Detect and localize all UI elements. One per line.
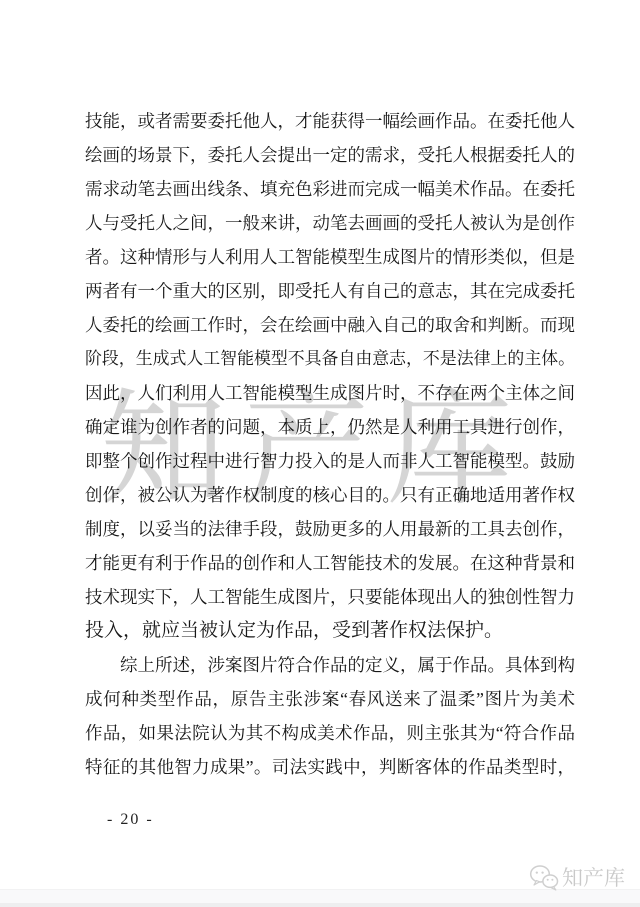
- text-line: 确定谁为创作者的问题，本质上，仍然是人利用工具进行创作，: [85, 410, 575, 444]
- text-line: 技术现实下，人工智能生成图片，只要能体现出人的独创性智力: [85, 580, 575, 614]
- wechat-icon: [529, 864, 559, 891]
- text-line: 因此，人们利用人工智能模型生成图片时，不存在两个主体之间: [85, 376, 575, 410]
- text-line: 即整个创作过程中进行智力投入的是人而非人工智能模型。鼓励: [85, 444, 575, 478]
- text-line: 技能，或者需要委托他人，才能获得一幅绘画作品。在委托他人: [85, 104, 575, 138]
- footer-brand: 知产库: [529, 862, 625, 892]
- text-line: 特征的其他智力成果”。司法实践中，判断客体的作品类型时，: [85, 750, 575, 784]
- text-line: 综上所述，涉案图片符合作品的定义，属于作品。具体到构: [85, 648, 575, 682]
- text-line: 两者有一个重大的区别，即受托人有自己的意志，其在完成委托: [85, 274, 575, 308]
- text-line: 者。这种情形与人利用人工智能模型生成图片的情形类似，但是: [85, 240, 575, 274]
- document-page: 知产库 技能，或者需要委托他人，才能获得一幅绘画作品。在委托他人绘画的场景下，委…: [0, 0, 640, 907]
- footer-brand-label: 知产库: [562, 862, 625, 892]
- text-line: 绘画的场景下，委托人会提出一定的需求，受托人根据委托人的: [85, 138, 575, 172]
- text-line: 成何种类型作品，原告主张涉案“春风送来了温柔”图片为美术: [85, 682, 575, 716]
- text-line: 制度，以妥当的法律手段，鼓励更多的人用最新的工具去创作，: [85, 512, 575, 546]
- text-line: 才能更有利于作品的创作和人工智能技术的发展。在这种背景和: [85, 546, 575, 580]
- text-line: 人委托的绘画工作时，会在绘画中融入自己的取舍和判断。而现: [85, 308, 575, 342]
- text-line: 阶段，生成式人工智能模型不具备自由意志，不是法律上的主体。: [85, 342, 575, 376]
- document-body: 技能，或者需要委托他人，才能获得一幅绘画作品。在委托他人绘画的场景下，委托人会提…: [85, 104, 575, 784]
- text-line: 投入，就应当被认定为作品，受到著作权法保护。: [85, 614, 575, 648]
- text-line: 人与受托人之间，一般来讲，动笔去画画的受托人被认为是创作: [85, 206, 575, 240]
- page-number: - 20 -: [107, 811, 154, 829]
- text-line: 创作，被公认为著作权制度的核心目的。只有正确地适用著作权: [85, 478, 575, 512]
- text-line: 需求动笔去画出线条、填充色彩进而完成一幅美术作品。在委托: [85, 172, 575, 206]
- text-line: 作品，如果法院认为其不构成美术作品，则主张其为“符合作品: [85, 716, 575, 750]
